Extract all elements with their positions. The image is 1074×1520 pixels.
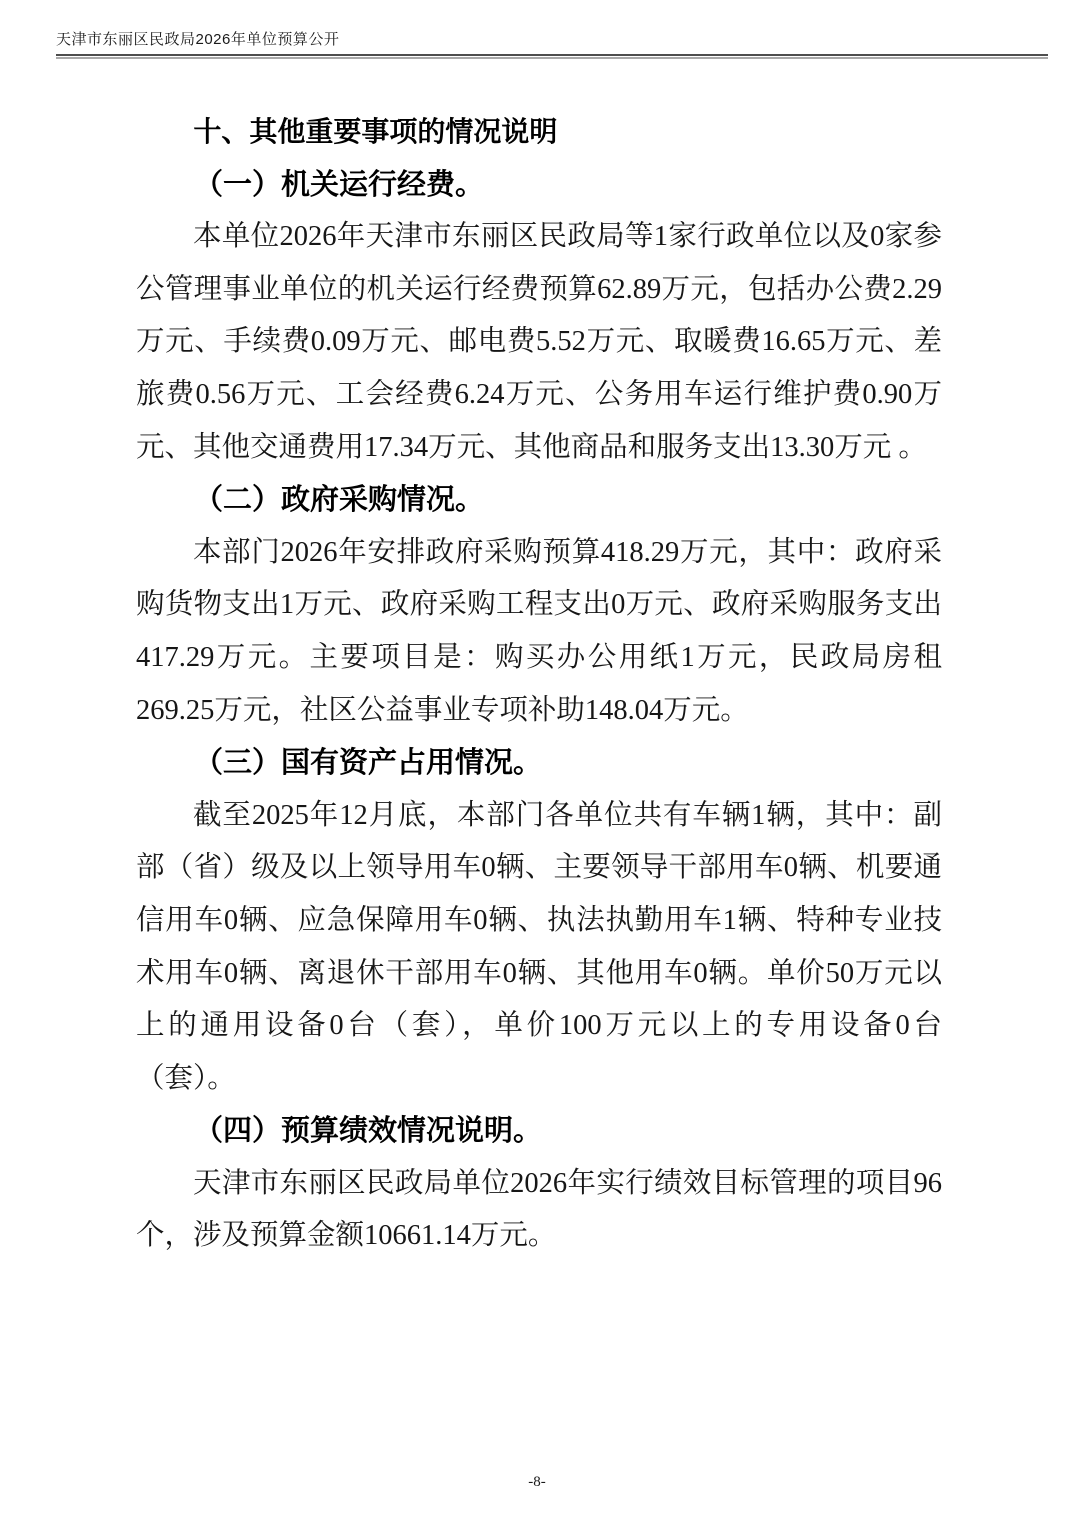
page-header-title: 天津市东丽区民政局2026年单位预算公开 (56, 28, 1048, 49)
section-body-1: 本单位2026年天津市东丽区民政局等1家行政单位以及0家参公管理事业单位的机关运… (136, 211, 942, 474)
section-budget-performance: （四）预算绩效情况说明。 天津市东丽区民政局单位2026年实行绩效目标管理的项目… (136, 1105, 942, 1263)
document-content: 十、其他重要事项的情况说明 （一）机关运行经费。 本单位2026年天津市东丽区民… (136, 106, 942, 1263)
doc-title: 十、其他重要事项的情况说明 (136, 106, 942, 159)
section-heading-2: （二）政府采购情况。 (136, 474, 942, 527)
section-government-procurement: （二）政府采购情况。 本部门2026年安排政府采购预算418.29万元，其中：政… (136, 474, 942, 737)
section-heading-1: （一）机关运行经费。 (136, 159, 942, 212)
section-state-assets: （三）国有资产占用情况。 截至2025年12月底，本部门各单位共有车辆1辆，其中… (136, 737, 942, 1105)
section-body-3: 截至2025年12月底，本部门各单位共有车辆1辆，其中：副部（省）级及以上领导用… (136, 790, 942, 1106)
header-rule (56, 54, 1048, 59)
section-heading-4: （四）预算绩效情况说明。 (136, 1105, 942, 1158)
section-body-2: 本部门2026年安排政府采购预算418.29万元，其中：政府采购货物支出1万元、… (136, 527, 942, 737)
section-body-4: 天津市东丽区民政局单位2026年实行绩效目标管理的项目96个，涉及预算金额106… (136, 1158, 942, 1263)
page-header: 天津市东丽区民政局2026年单位预算公开 (56, 28, 1048, 59)
page-number: -8- (528, 1474, 546, 1490)
page-footer: -8- (0, 1474, 1074, 1491)
section-heading-3: （三）国有资产占用情况。 (136, 737, 942, 790)
section-agency-operating-expense: （一）机关运行经费。 本单位2026年天津市东丽区民政局等1家行政单位以及0家参… (136, 159, 942, 475)
